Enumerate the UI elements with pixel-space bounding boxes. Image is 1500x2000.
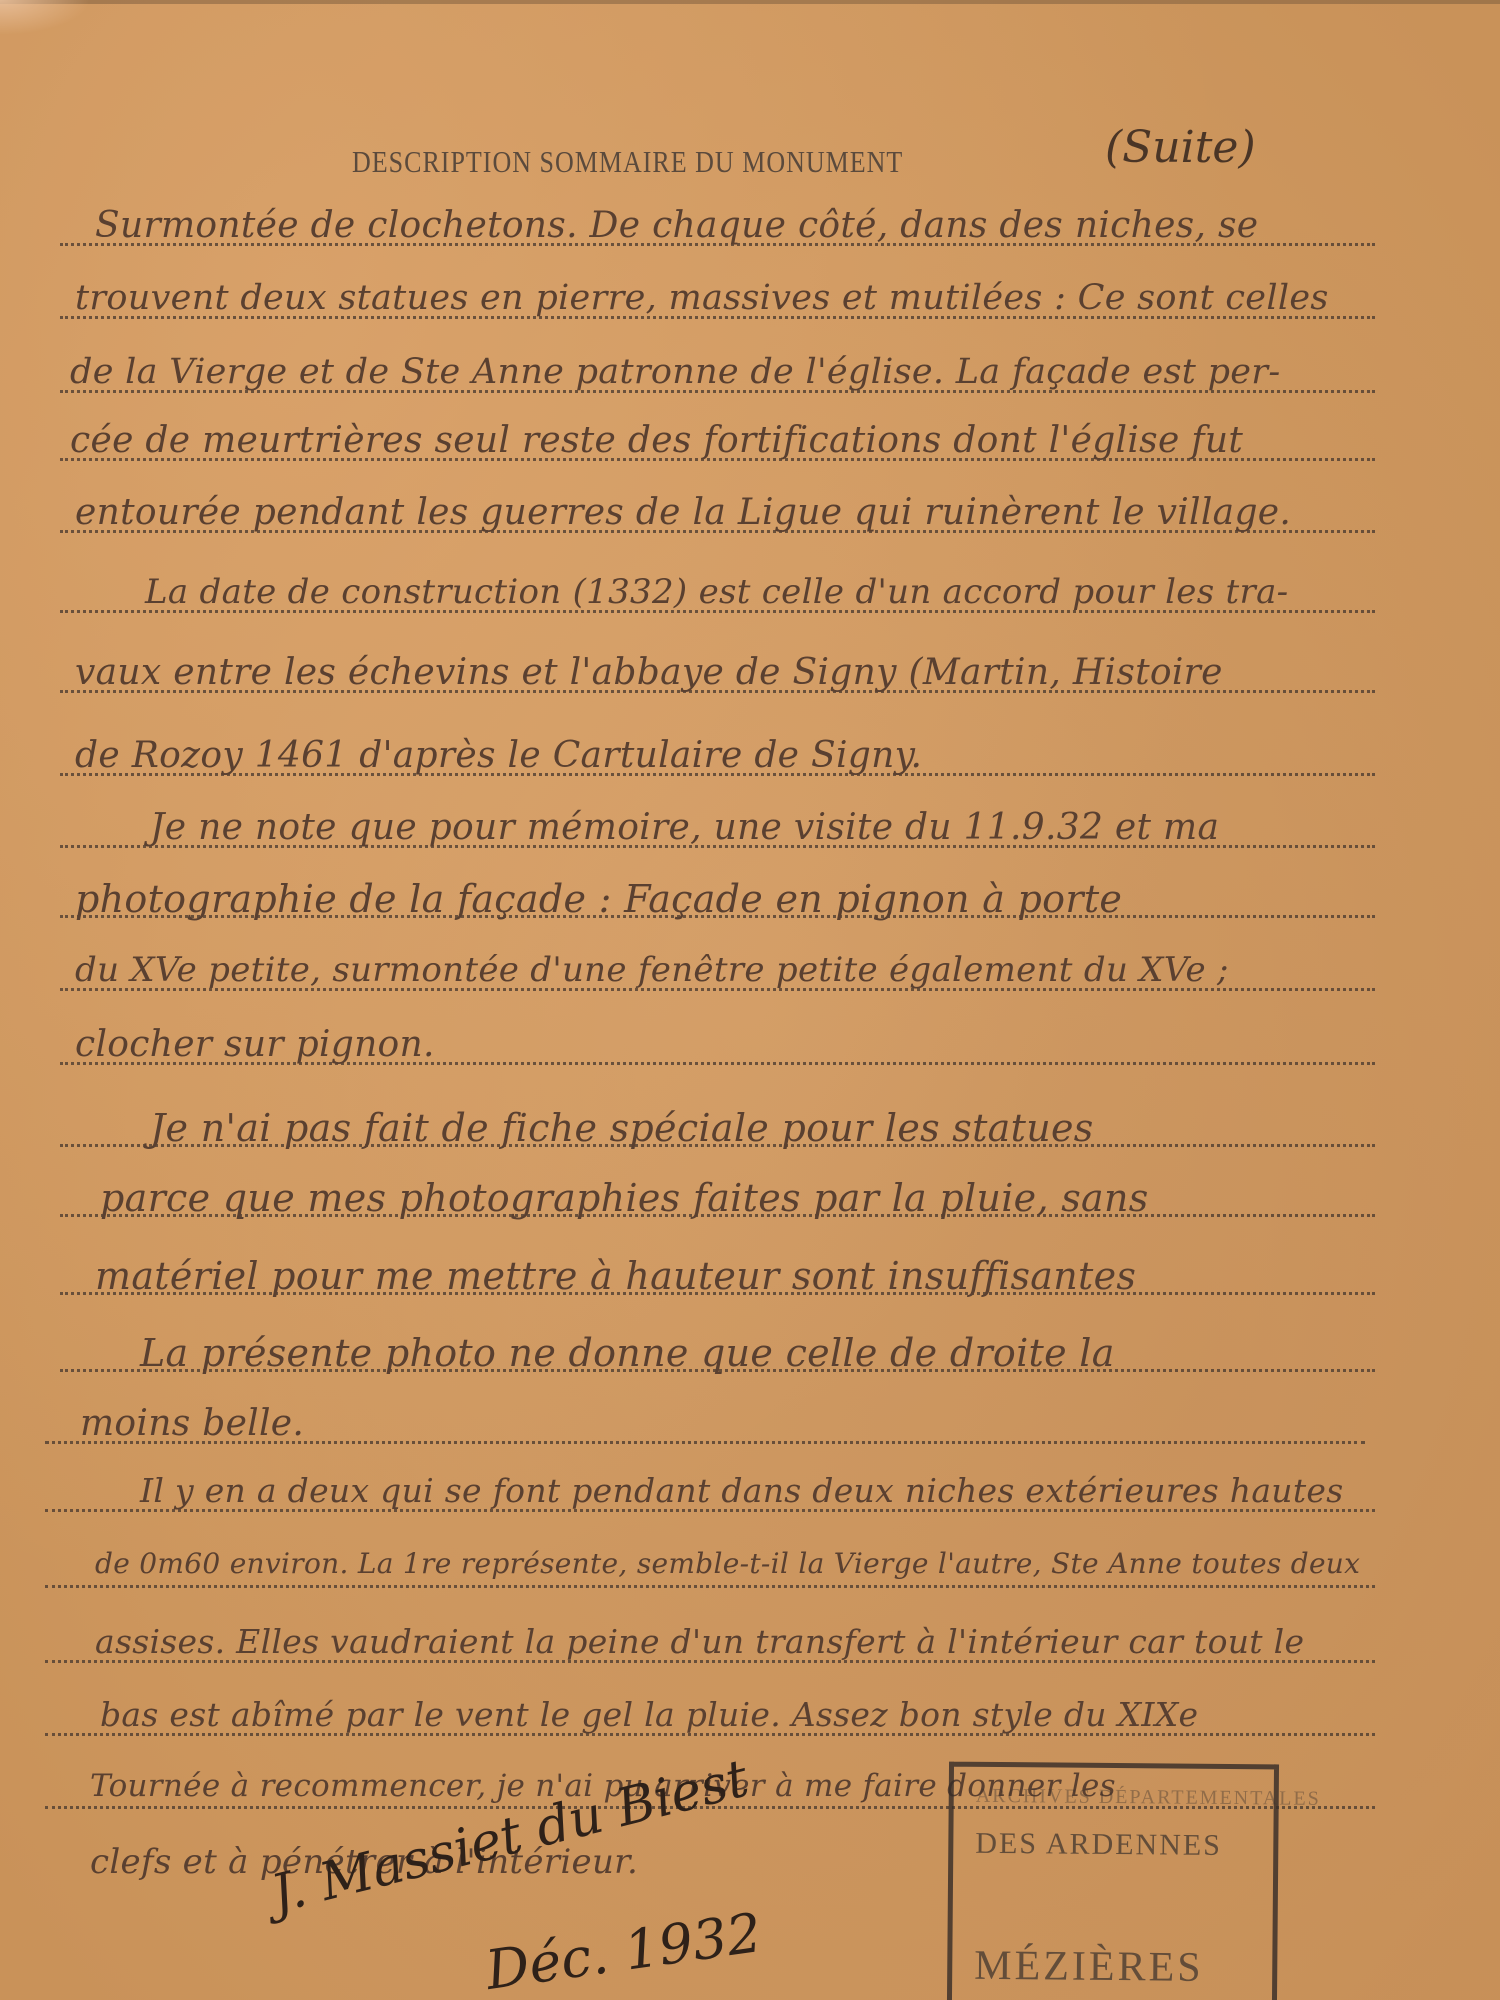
- paper-corner-wear: [0, 0, 90, 35]
- handwritten-line: moins belle.: [80, 1406, 304, 1442]
- ruled-line: [45, 1585, 1375, 1588]
- handwritten-line: Je ne note que pour mémoire, une visite …: [150, 810, 1219, 846]
- stamp-department-label: DES ARDENNES: [975, 1827, 1222, 1863]
- handwritten-line: Surmontée de clochetons. De chaque côté,…: [95, 208, 1258, 244]
- handwritten-line: clocher sur pignon.: [75, 1027, 435, 1063]
- archives-stamp: ARCHIVES DÉPARTEMENTALES DES ARDENNES MÉ…: [947, 1762, 1279, 2000]
- handwritten-line: Je n'ai pas fait de fiche spéciale pour …: [150, 1109, 1094, 1147]
- handwritten-line: La date de construction (1332) est celle…: [145, 575, 1288, 609]
- header-handwritten-annotation: (Suite): [1105, 122, 1256, 173]
- archival-document-page: DESCRIPTION SOMMAIRE DU MONUMENT (Suite)…: [0, 0, 1500, 2000]
- stamp-archives-label: ARCHIVES DÉPARTEMENTALES: [976, 1785, 1321, 1811]
- handwritten-line: Il y en a deux qui se font pendant dans …: [140, 1474, 1344, 1507]
- handwritten-line: matériel pour me mettre à hauteur sont i…: [95, 1257, 1136, 1295]
- handwritten-line: cée de meurtrières seul reste des fortif…: [70, 423, 1243, 459]
- handwritten-line: trouvent deux statues en pierre, massive…: [75, 281, 1329, 316]
- signature-date: Déc. 1932: [482, 1901, 765, 2000]
- handwritten-line: de la Vierge et de Ste Anne patronne de …: [70, 355, 1280, 390]
- page-top-edge: [0, 0, 1500, 4]
- handwritten-line: photographie de la façade : Façade en pi…: [75, 880, 1122, 918]
- form-header-title: DESCRIPTION SOMMAIRE DU MONUMENT: [352, 145, 903, 180]
- handwritten-line: parce que mes photographies faites par l…: [100, 1179, 1149, 1217]
- handwritten-line: de 0m60 environ. La 1re représente, semb…: [95, 1550, 1360, 1578]
- handwritten-line: de Rozoy 1461 d'après le Cartulaire de S…: [75, 738, 922, 774]
- handwritten-line: entourée pendant les guerres de la Ligue…: [75, 495, 1291, 531]
- handwritten-line: du XVe petite, surmontée d'une fenêtre p…: [75, 953, 1229, 987]
- handwritten-line: La présente photo ne donne que celle de …: [140, 1334, 1115, 1372]
- handwritten-line: assises. Elles vaudraient la peine d'un …: [95, 1625, 1304, 1658]
- stamp-city-label: MÉZIÈRES: [974, 1942, 1204, 1992]
- handwritten-line: bas est abîmé par le vent le gel la plui…: [100, 1698, 1198, 1731]
- handwritten-line: vaux entre les échevins et l'abbaye de S…: [75, 655, 1223, 691]
